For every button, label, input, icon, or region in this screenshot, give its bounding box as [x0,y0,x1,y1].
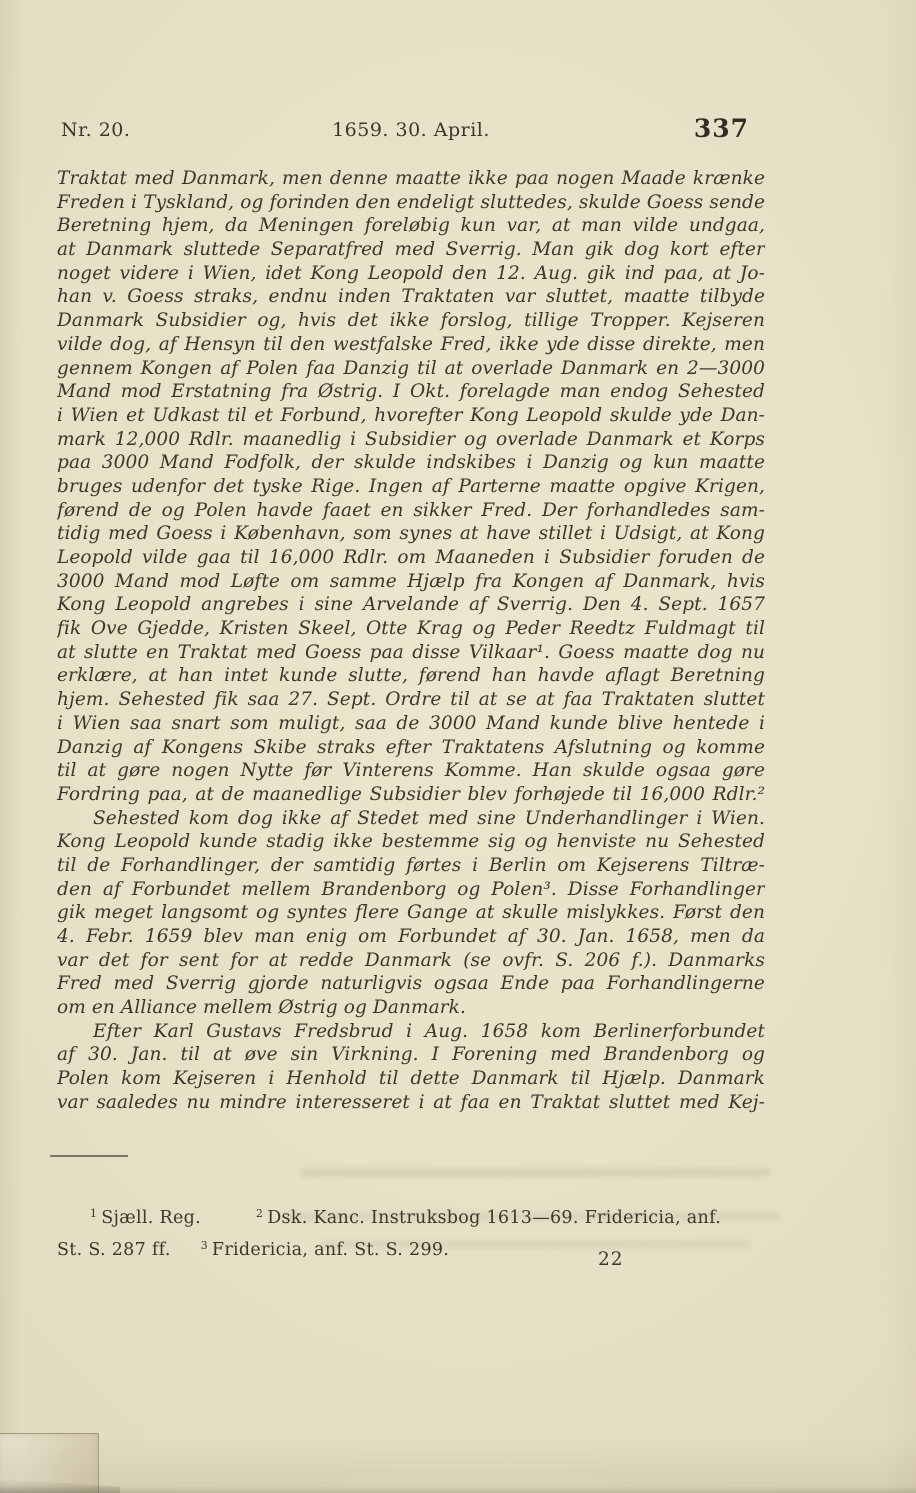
body-line: paa 3000 Mand Fodfolk, der skulde indski… [57,451,765,475]
footnote-marker: 1 [90,1207,97,1220]
body-line: til at gøre nogen Nytte før Vinterens Ko… [57,759,765,783]
body-line: at slutte en Traktat med Goess paa disse… [57,641,765,665]
body-line: tidig med Goess i København, som synes a… [57,522,765,546]
footnotes: 1Sjæll. Reg.2Dsk. Kanc. Instruksbog 1613… [57,1200,777,1264]
body-line: mark 12,000 Rdlr. maanedlig i Subsidier … [57,428,765,452]
footnote-marker: 2 [256,1207,263,1220]
body-line: om en Alliance mellem Østrig og Danmark. [57,996,765,1020]
body-line: var det for sent for at redde Danmark (s… [57,949,765,973]
body-line: Polen kom Kejseren i Henhold til dette D… [57,1067,765,1091]
body-line: Freden i Tyskland, og forinden den endel… [57,191,765,215]
body-line: i Wien et Udkast til et Forbund, hvoreft… [57,404,765,428]
body-line: 4. Febr. 1659 blev man enig om Forbundet… [57,925,765,949]
footnote-rule [50,1155,128,1157]
body-line: Efter Karl Gustavs Fredsbrud i Aug. 1658… [57,1020,765,1044]
body-line: var saaledes nu mindre interesseret i at… [57,1091,765,1115]
body-line: at Danmark sluttede Separatfred med Sver… [57,238,765,262]
bleedthrough-smudge [300,1168,770,1177]
body-line: hjem. Sehested fik saa 27. Sept. Ordre t… [57,688,765,712]
body-line: Kong Leopold kunde stadig ikke bestemme … [57,830,765,854]
header-date: 1659. 30. April. [57,119,765,141]
footnote-segment: 3Fridericia, anf. St. S. 299. [201,1240,449,1260]
page-number: 337 [694,114,749,143]
body-line: han v. Goess straks, endnu inden Traktat… [57,285,765,309]
body-line: gik meget langsomt og syntes flere Gange… [57,901,765,925]
body-line: erklære, at han intet kunde slutte, føre… [57,664,765,688]
footnote-marker: 3 [201,1239,208,1252]
body-line: 3000 Mand mod Løfte om samme Hjælp fra K… [57,570,765,594]
body-line: Mand mod Erstatning fra Østrig. I Okt. f… [57,380,765,404]
book-page: Nr. 20. 1659. 30. April. 337 Traktat med… [0,0,916,1493]
body-line: Fred med Sverrig gjorde naturligvis ogsa… [57,972,765,996]
body-line: Beretning hjem, da Meningen foreløbig ku… [57,214,765,238]
page-bottom-edge [0,1486,916,1493]
footnote-line: 1Sjæll. Reg.2Dsk. Kanc. Instruksbog 1613… [57,1200,777,1232]
footnote-segment: 2Dsk. Kanc. Instruksbog 1613—69. Frideri… [256,1208,721,1228]
body-line: Sehested kom dog ikke af Stedet med sine… [57,807,765,831]
footnote-segment: 1Sjæll. Reg. [90,1208,201,1228]
body-line: Traktat med Danmark, men denne maatte ik… [57,167,765,191]
body-line: af 30. Jan. til at øve sin Virkning. I F… [57,1043,765,1067]
sheet-signature: 22 [598,1249,624,1270]
body-line: Danzig af Kongens Skibe straks efter Tra… [57,736,765,760]
body-line: gennem Kongen af Polen faa Danzig til at… [57,357,765,381]
footnote-line: St. S. 287 ff.3Fridericia, anf. St. S. 2… [57,1232,777,1264]
body-line: Kong Leopold angrebes i sine Arvelande a… [57,593,765,617]
body-line: Danmark Subsidier og, hvis det ikke fors… [57,309,765,333]
page-header: Nr. 20. 1659. 30. April. 337 [57,114,765,148]
footnote-segment: St. S. 287 ff. [57,1240,171,1260]
body-line: vilde dog, af Hensyn til den westfalske … [57,333,765,357]
body-line: fik Ove Gjedde, Kristen Skeel, Otte Krag… [57,617,765,641]
body-line: til de Forhandlinger, der samtidig førte… [57,854,765,878]
body-line: bruges udenfor det tyske Rige. Ingen af … [57,475,765,499]
body-line: den af Forbundet mellem Brandenborg og P… [57,878,765,902]
body-line: førend de og Polen havde faaet en sikker… [57,499,765,523]
body-line: i Wien saa snart som muligt, saa de 3000… [57,712,765,736]
body-text: Traktat med Danmark, men denne maatte ik… [57,167,765,1115]
body-line: Leopold vilde gaa til 16,000 Rdlr. om Ma… [57,546,765,570]
body-line: noget videre i Wien, idet Kong Leopold d… [57,262,765,286]
body-line: Fordring paa, at de maanedlige Subsidier… [57,783,765,807]
